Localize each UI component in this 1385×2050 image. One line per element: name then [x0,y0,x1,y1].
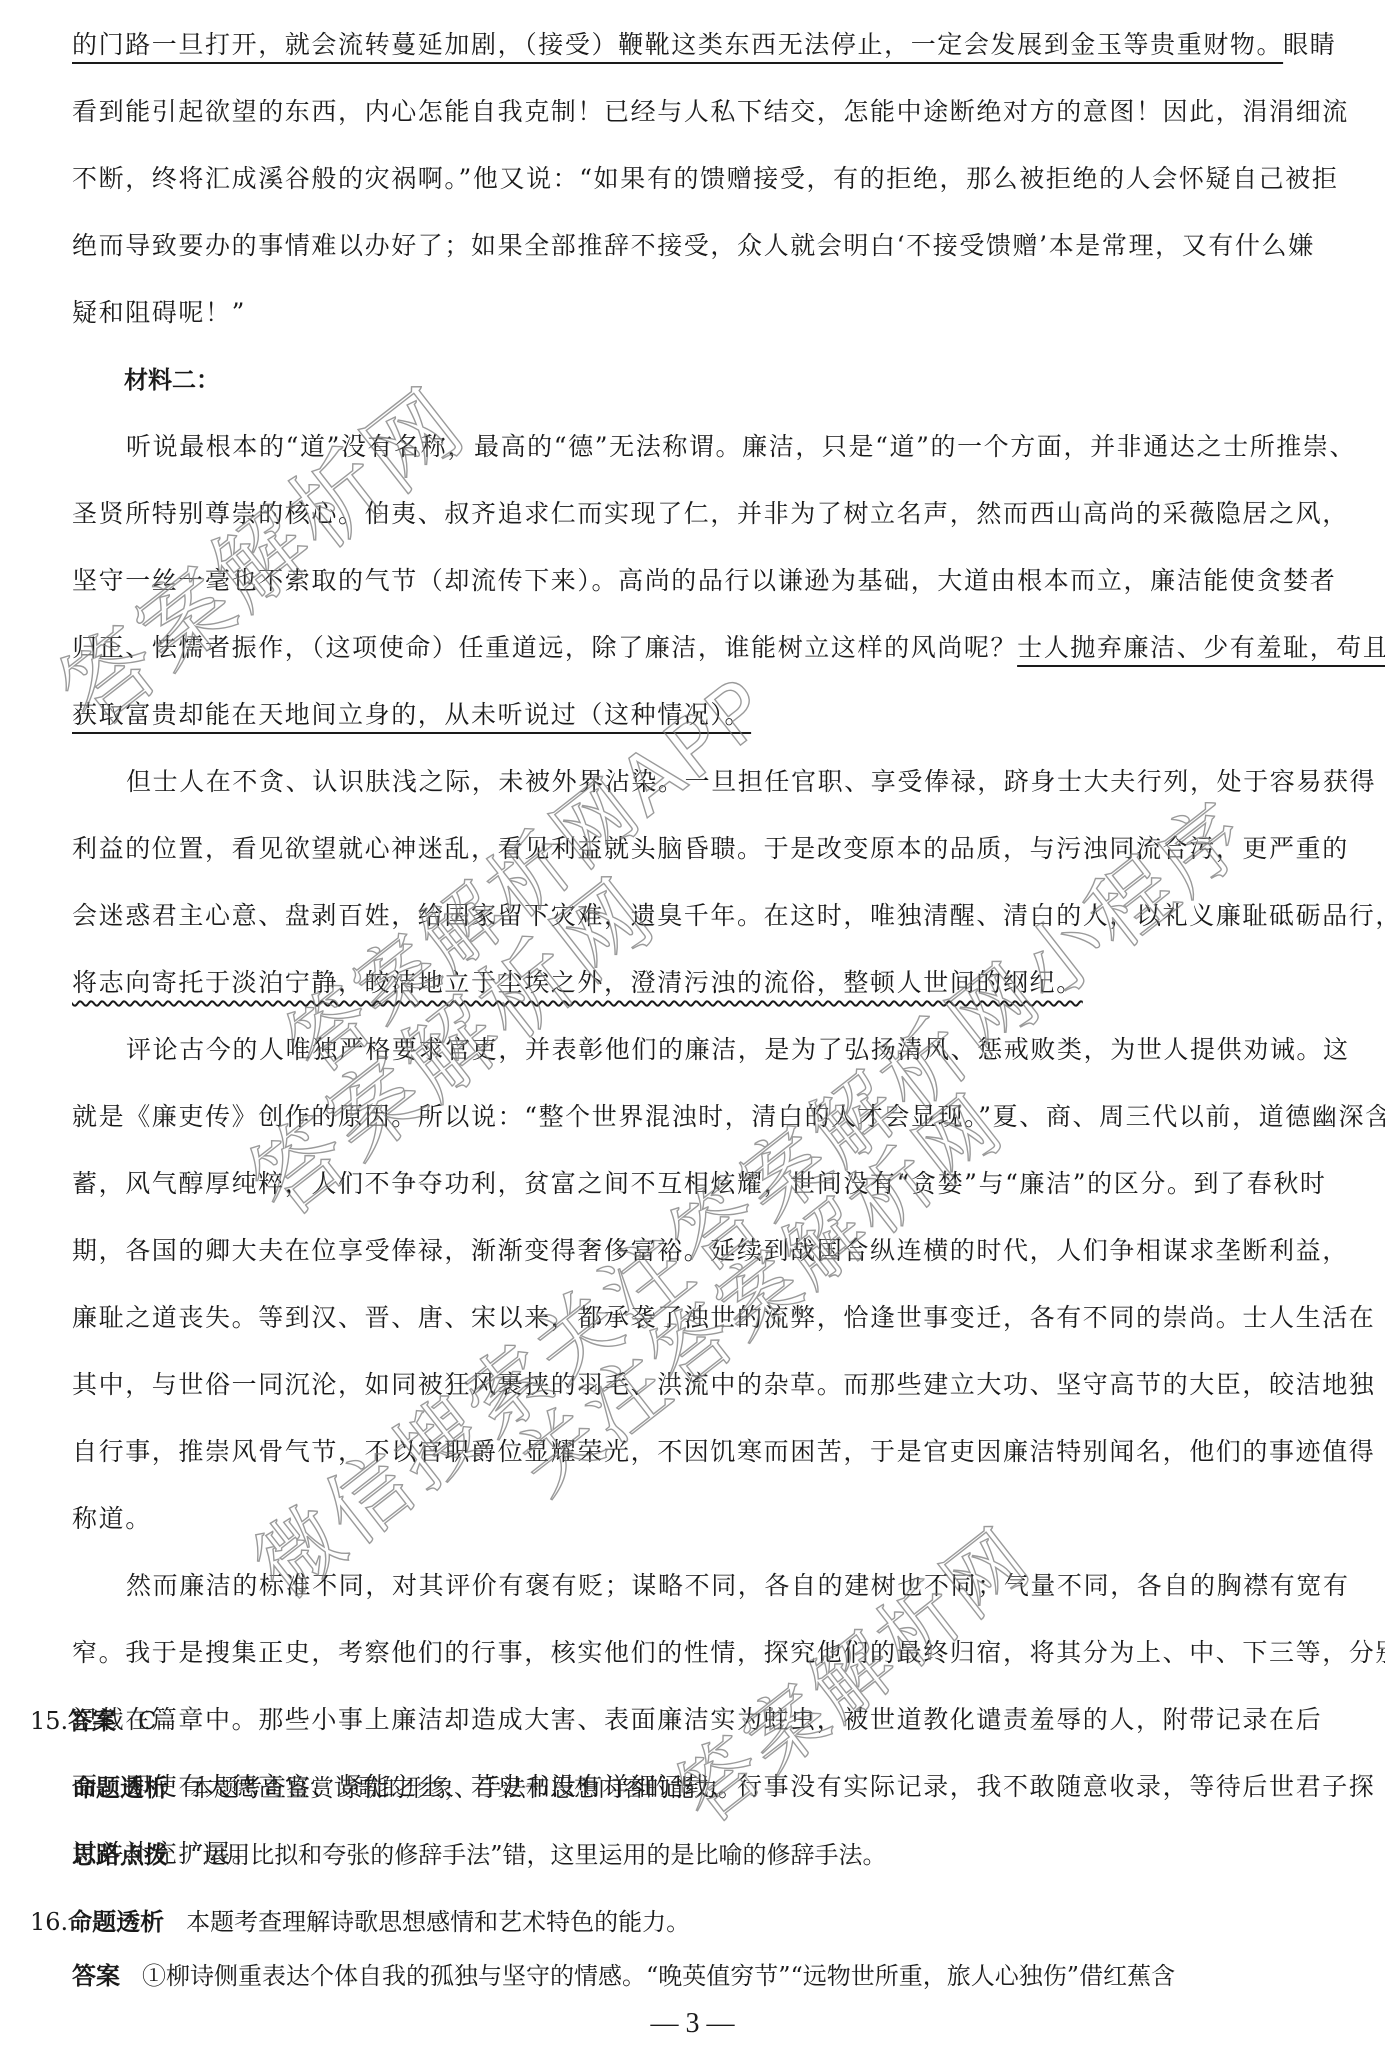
text-line: 廉耻之道丧失。等到汉、晋、唐、宋以来，都承袭了浊世的流弊，恰逢世事变迁，各有不同… [72,1302,1362,1334]
text-line: 疑和阻碍呢！” [72,297,1362,329]
text-line: 不断，终将汇成溪谷般的灾祸啊。”他又说：“如果有的馈赠接受，有的拒绝，那么被拒绝… [72,163,1362,195]
q16-answer-row: 答案①柳诗侧重表达个体自我的孤独与坚守的情感。“晚英值穷节”“远物世所重，旅人心… [72,1960,1175,1992]
analysis-label: 命题透析 [68,1908,164,1936]
watermark: 答案解析网 [29,352,489,752]
text-line: 听说最根本的“道”没有名称，最高的“德”无法称谓。廉洁，只是“道”的一个方面，并… [126,431,1362,463]
hint-text: “运用比拟和夸张的修辞手法”错，这里运用的是比喻的修辞手法。 [190,1841,887,1869]
text-line: 然而廉洁的标准不同，对其评价有褒有贬；谋略不同，各自的建树也不同；气量不同，各自… [126,1570,1362,1602]
text-line: 绝而导致要办的事情难以办好了；如果全部推辞不接受，众人就会明白‘不接受馈赠’本是… [72,230,1362,262]
text-line: 看到能引起欲望的东西，内心怎能自我克制！已经与人私下结交，怎能中途断绝对方的意图… [72,96,1362,128]
section-heading: 材料二： [124,364,220,396]
answer-value: C [138,1707,156,1735]
text-line: 记载在篇章中。那些小事上廉洁却造成大害、表面廉洁实为蛀虫，被世道教化谴责羞辱的人… [72,1704,1362,1736]
hint-label: 思路点拨 [72,1841,168,1869]
text-line: 但士人在不贪、认识肤浅之际，未被外界沾染。一旦担任官职、享受俸禄，跻身士大夫行列… [126,766,1362,798]
text-line: 就是《廉吏传》创作的原因。所以说：“整个世界混浊时，清白的人才会显现。”夏、商、… [72,1101,1362,1133]
text-line: 将志向寄托于淡泊宁静，皎洁地立于尘埃之外，澄清污浊的流俗，整顿人世间的纲纪。 [72,967,1362,999]
analysis-label: 命题透析 [72,1774,168,1802]
q15-hint-row: 思路点拨“运用比拟和夸张的修辞手法”错，这里运用的是比喻的修辞手法。 [72,1839,887,1871]
text-line: 的门路一旦打开，就会流转蔓延加剧，（接受）鞭靴这类东西无法停止，一定会发展到金玉… [72,29,1362,61]
text-line: 会迷惑君主心意、盘剥百姓，给国家留下灾难，遗臭千年。在这时，唯独清醒、清白的人，… [72,900,1362,932]
text-line: 圣贤所特别尊崇的核心。伯夷、叔齐追求仁而实现了仁，并非为了树立名声，然而西山高尚… [72,498,1362,530]
question-number: 16. [30,1908,68,1936]
text-line: 称道。 [72,1503,1362,1535]
analysis-text: 本题考查鉴赏诗歌的形象、手法和思想内容的能力。 [190,1774,742,1802]
text-line: 期，各国的卿大夫在位享受俸禄，渐渐变得奢侈富裕。延续到战国合纵连横的时代，人们争… [72,1235,1362,1267]
document-page: 的门路一旦打开，就会流转蔓延加剧，（接受）鞭靴这类东西无法停止，一定会发展到金玉… [0,0,1385,2050]
underlined-sentence: 的门路一旦打开，就会流转蔓延加剧，（接受）鞭靴这类东西无法停止，一定会发展到金玉… [72,30,1283,59]
q16-analysis-row: 16.命题透析本题考查理解诗歌思想感情和艺术特色的能力。 [30,1906,690,1938]
underlined-sentence: 获取富贵却能在天地间立身的，从未听说过（这种情况）。 [72,700,751,729]
answer-text: ①柳诗侧重表达个体自我的孤独与坚守的情感。“晚英值穷节”“远物世所重，旅人心独伤… [142,1962,1175,1990]
text-line: 获取富贵却能在天地间立身的，从未听说过（这种情况）。 [72,699,1362,731]
page-number: — 3 — [0,2008,1385,2040]
text-line: 自行事，推崇风骨气节，不以官职爵位显耀荣光，不因饥寒而困苦，于是官吏因廉洁特别闻… [72,1436,1362,1468]
answer-label: 答案 [68,1707,116,1735]
wavy-underlined-sentence: 将志向寄托于淡泊宁静，皎洁地立于尘埃之外，澄清污浊的流俗，整顿人世间的纲纪。 [72,968,1083,997]
answer-label: 答案 [72,1962,120,1990]
text-line: 其中，与世俗一同沉沦，如同被狂风裹挟的羽毛、洪流中的杂草。而那些建立大功、坚守高… [72,1369,1362,1401]
text-line: 利益的位置，看见欲望就心神迷乱，看见利益就头脑昏聩。于是改变原本的品质，与污浊同… [72,833,1362,865]
text-line: 归正、怯懦者振作，（这项使命）任重道远，除了廉洁，谁能树立这样的风尚呢？士人抛弃… [72,632,1362,664]
text-line: 蓄，风气醇厚纯粹，人们不争夺功利，贫富之间不互相炫耀，世间没有“贪婪”与“廉洁”… [72,1168,1362,1200]
question-number: 15. [30,1707,68,1735]
q15-analysis-row: 命题透析本题考查鉴赏诗歌的形象、手法和思想内容的能力。 [72,1772,742,1804]
text-line: 窄。我于是搜集正史，考察他们的行事，核实他们的性情，探究他们的最终归宿，将其分为… [72,1637,1362,1669]
analysis-text: 本题考查理解诗歌思想感情和艺术特色的能力。 [186,1908,690,1936]
q15-answer-row: 15.答案C [30,1705,157,1737]
text-line: 评论古今的人唯独严格要求官吏，并表彰他们的廉洁，是为了弘扬清风、惩戒败类，为世人… [126,1034,1362,1066]
underlined-sentence: 士人抛弃廉洁、少有羞耻，苟且 [1017,633,1385,662]
text-line: 坚守一丝一毫也不索取的气节（却流传下来）。高尚的品行以谦逊为基础，大道由根本而立… [72,565,1362,597]
